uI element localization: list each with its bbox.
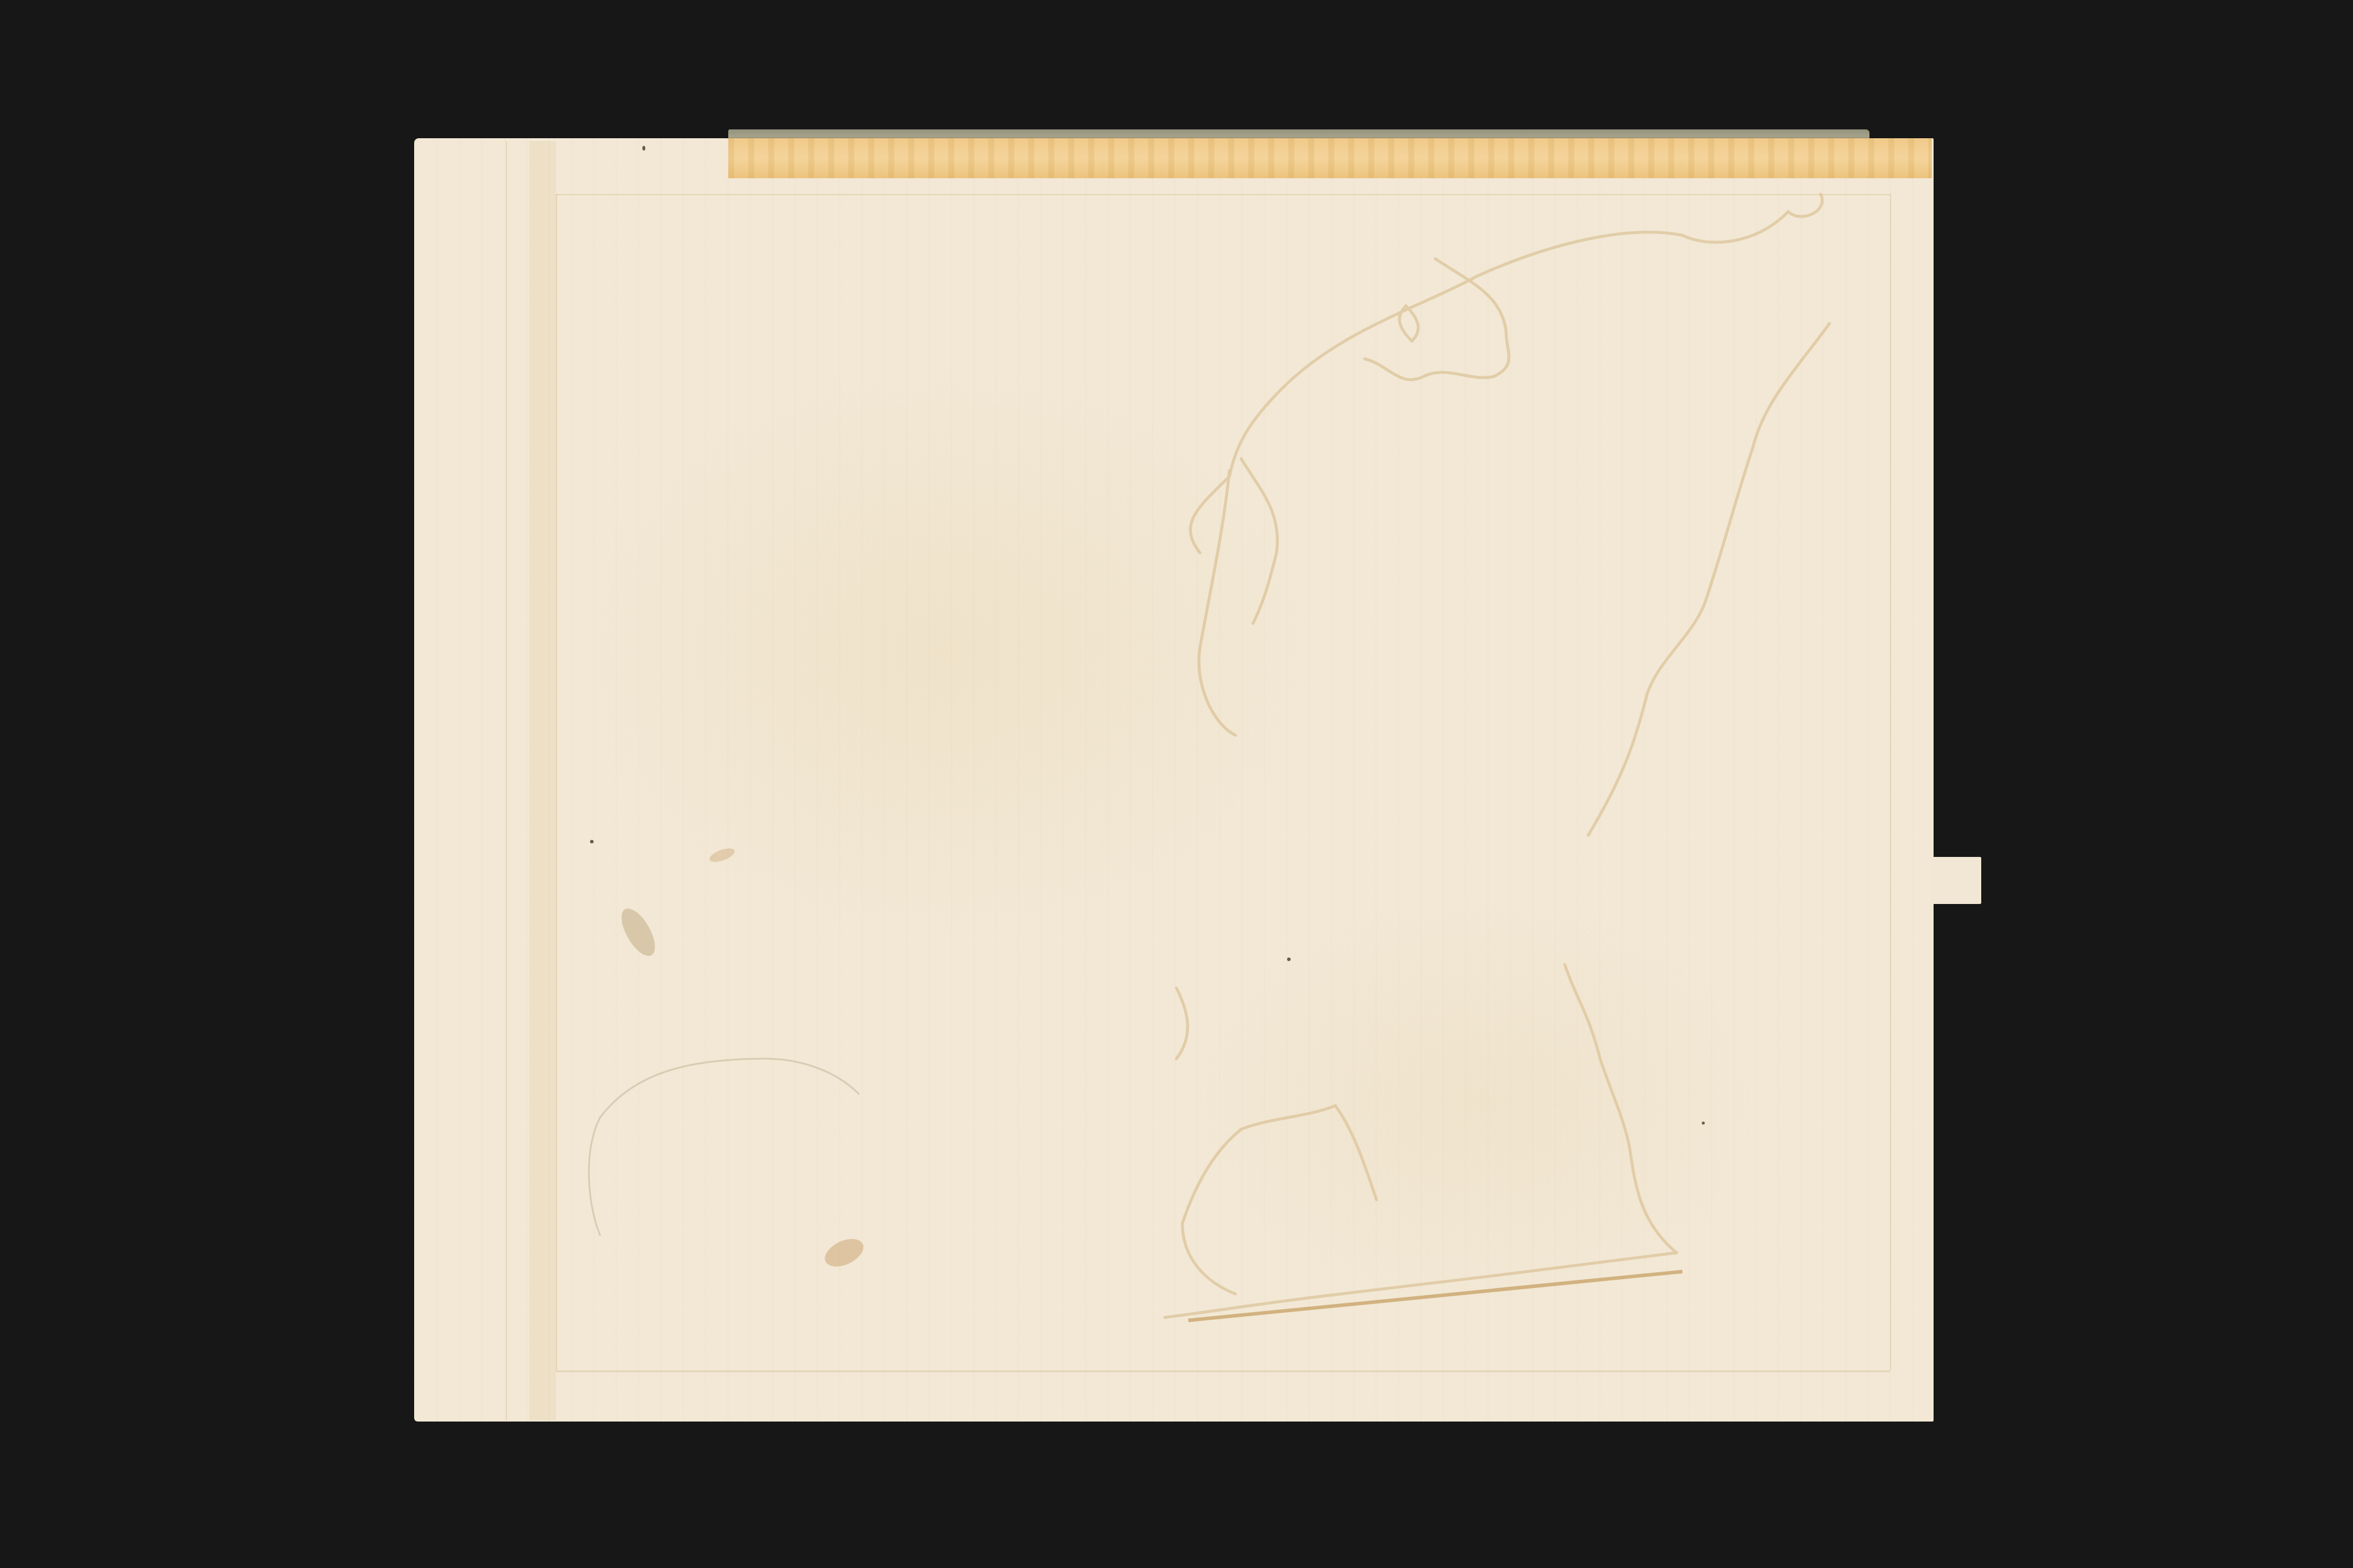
foxing-spot — [1702, 1122, 1705, 1125]
foxing-spot — [642, 146, 645, 151]
foxing-spot — [590, 840, 594, 843]
map-sheet-verso — [414, 138, 1934, 1422]
hinge-tape — [728, 138, 1932, 178]
torn-paper-tab — [1931, 857, 1981, 904]
plate-mark-top — [556, 194, 1890, 195]
foxing-spot — [1287, 958, 1291, 961]
margin-stain-band — [529, 141, 556, 1420]
photo-background: Verso of an antique engraved map sheet — [0, 0, 2353, 1568]
plate-mark-bottom — [556, 1370, 1890, 1372]
margin-crease — [506, 141, 507, 1420]
plate-mark-right — [1890, 194, 1891, 1370]
plate-mark-left — [556, 194, 557, 1370]
